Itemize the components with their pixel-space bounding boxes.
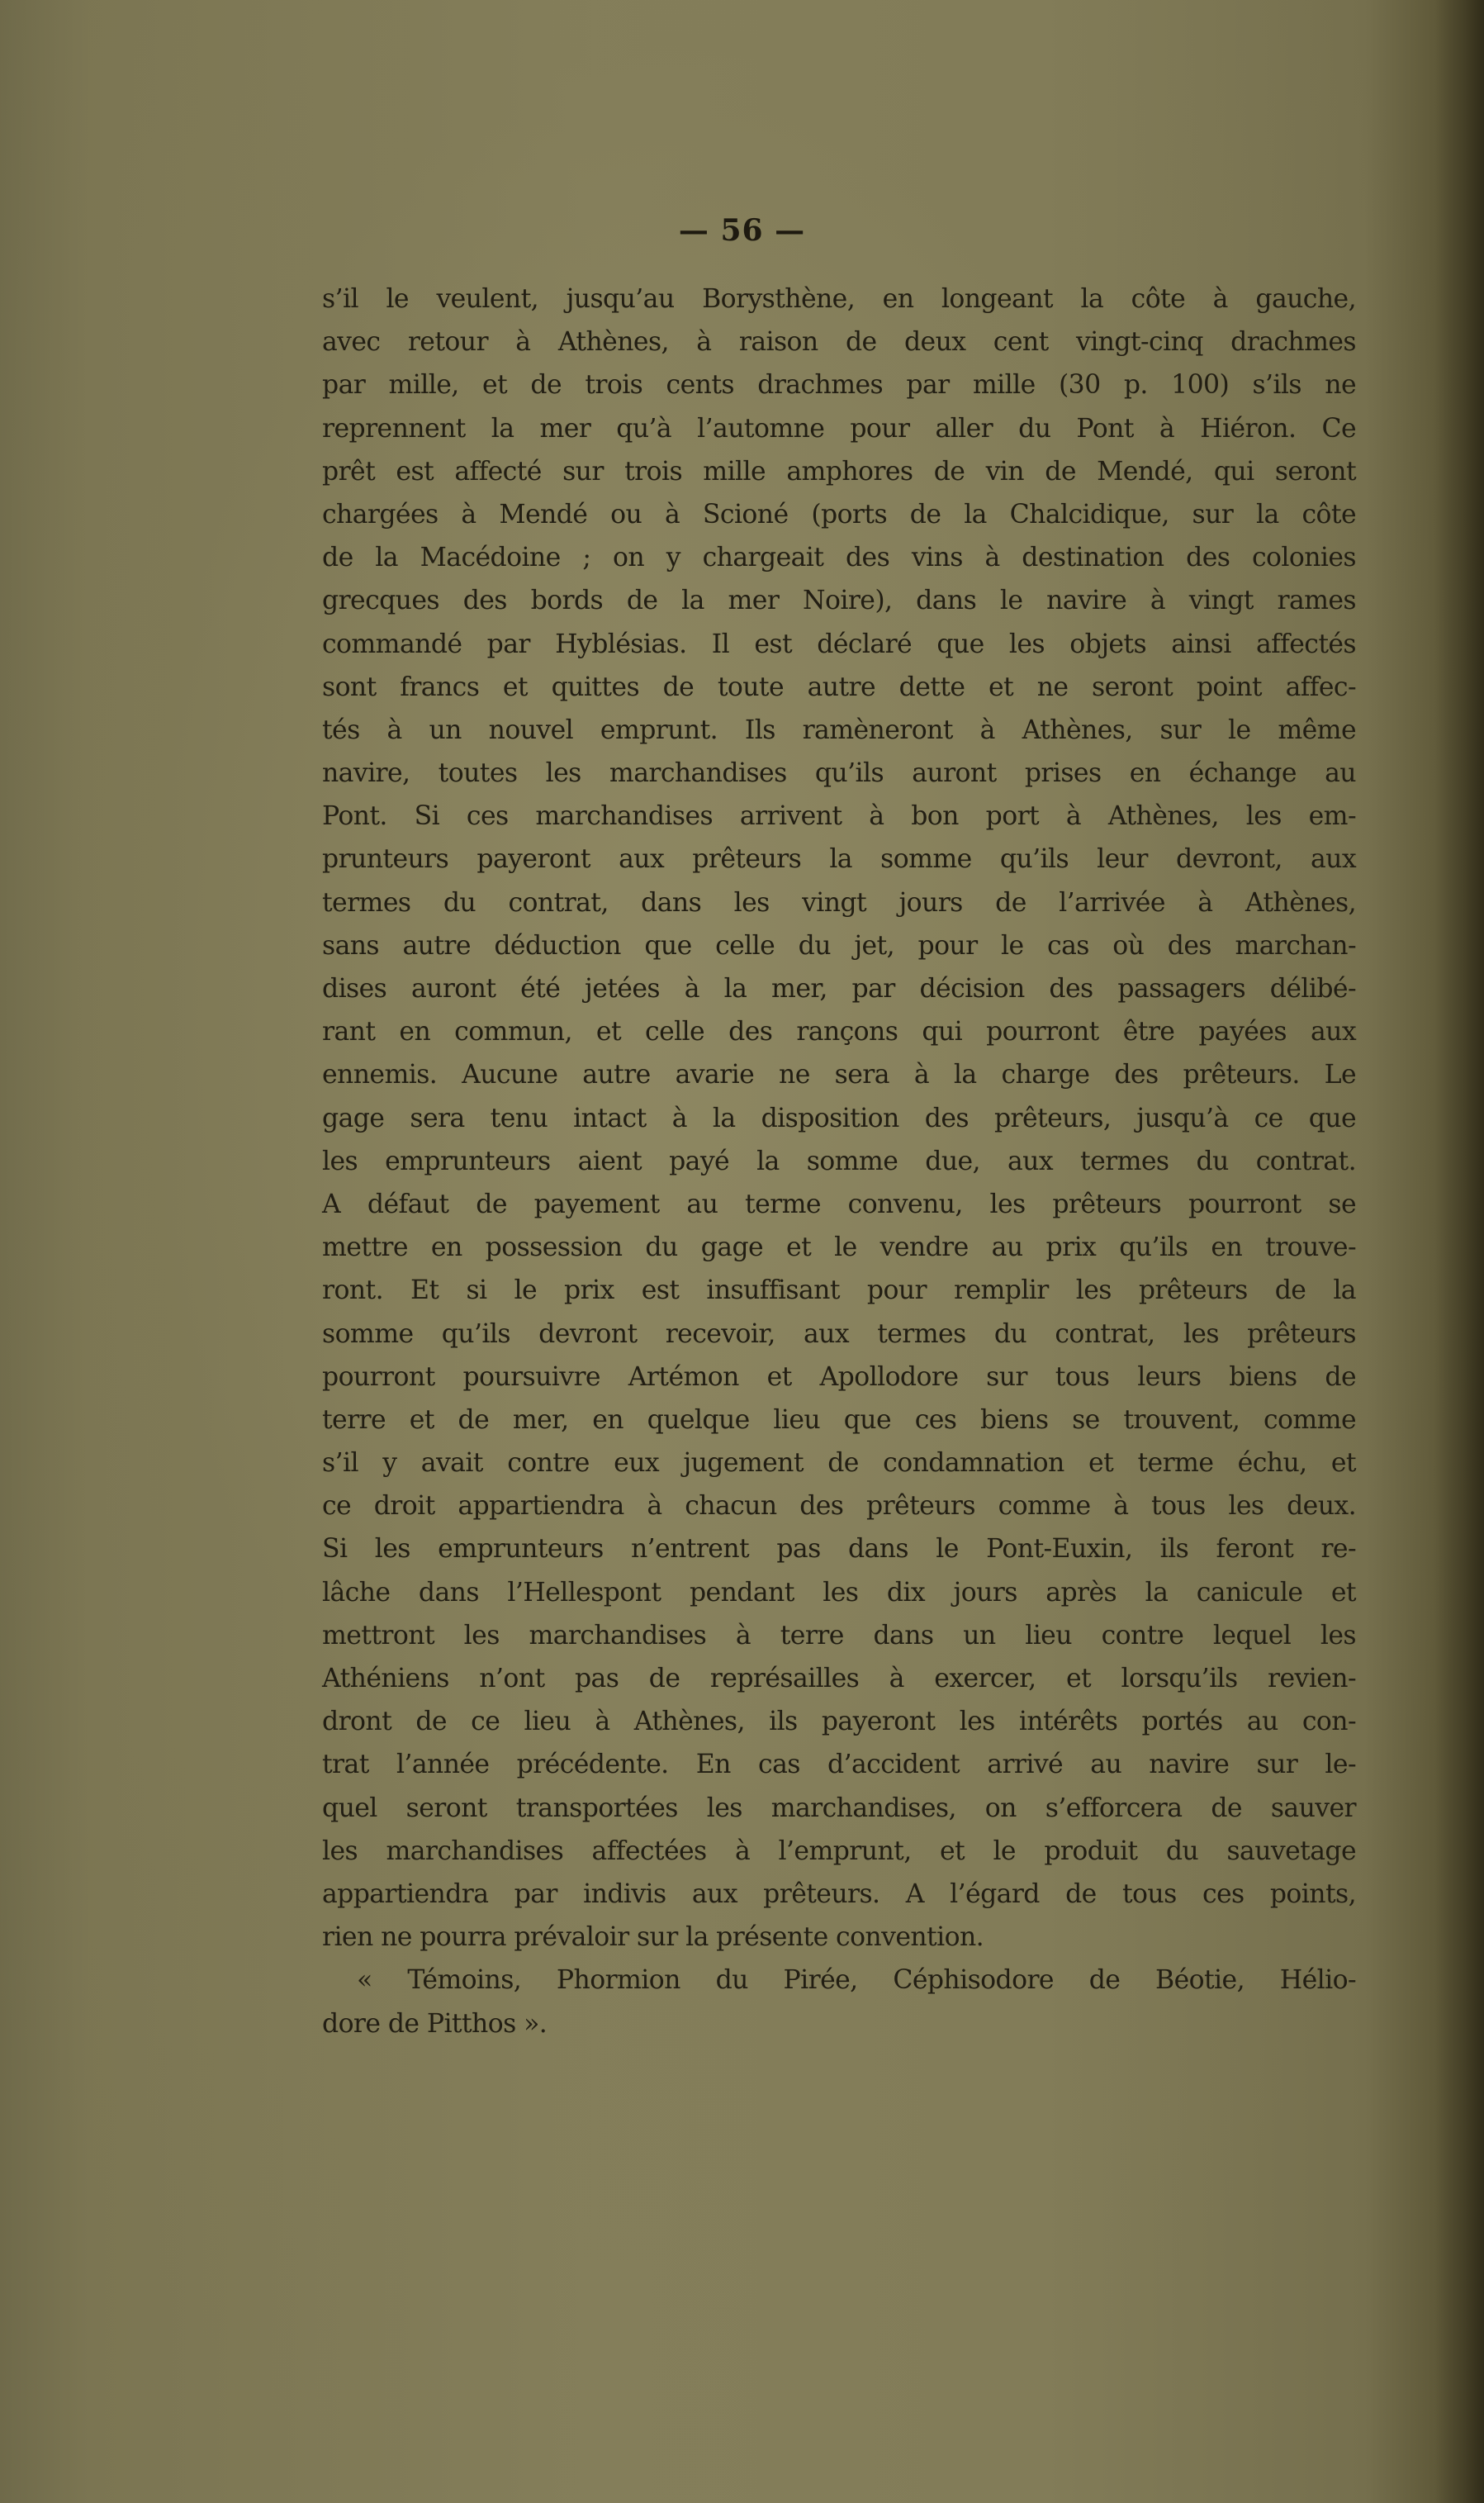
quote-line: dore de Pitthos ». [322,2002,1356,2045]
text-line: commandé par Hyblésias. Il est déclaré q… [322,623,1356,666]
text-line: dront de ce lieu à Athènes, ils payeront… [322,1700,1356,1743]
text-line: sans autre déduction que celle du jet, p… [322,924,1356,967]
text-line: lâche dans l’Hellespont pendant les dix … [322,1571,1356,1614]
text-line: les emprunteurs aient payé la somme due,… [322,1140,1356,1183]
text-line: de la Macédoine ; on y chargeait des vin… [322,536,1356,579]
text-line: grecques des bords de la mer Noire), dan… [322,579,1356,622]
text-line: quel seront transportées les marchandise… [322,1787,1356,1830]
text-line: les marchandises affectées à l’emprunt, … [322,1830,1356,1873]
text-line: ennemis. Aucune autre avarie ne sera à l… [322,1053,1356,1096]
text-line: mettre en possession du gage et le vendr… [322,1226,1356,1269]
page-edge-shadow [1434,0,1484,2503]
page-number: — 56 — [0,213,1484,248]
text-line: rant en commun, et celle des rançons qui… [322,1010,1356,1053]
text-line: mettront les marchandises à terre dans u… [322,1614,1356,1657]
text-line: pourront poursuivre Artémon et Apollodor… [322,1356,1356,1399]
text-line: appartiendra par indivis aux prêteurs. A… [322,1873,1356,1916]
text-line: avec retour à Athènes, à raison de deux … [322,321,1356,363]
body-text: s’il le veulent, jusqu’au Borysthène, en… [322,278,1356,2045]
text-line: prunteurs payeront aux prêteurs la somme… [322,838,1356,881]
text-line: rien ne pourra prévaloir sur la présente… [322,1916,1356,1959]
text-line: ce droit appartiendra à chacun des prête… [322,1484,1356,1527]
text-line: gage sera tenu intact à la disposition d… [322,1097,1356,1140]
text-line: terre et de mer, en quelque lieu que ces… [322,1399,1356,1441]
text-line: navire, toutes les marchandises qu’ils a… [322,752,1356,795]
text-line: s’il le veulent, jusqu’au Borysthène, en… [322,278,1356,321]
text-line: par mille, et de trois cents drachmes pa… [322,363,1356,406]
text-line: reprennent la mer qu’à l’automne pour al… [322,407,1356,450]
text-line: trat l’année précédente. En cas d’accide… [322,1743,1356,1786]
text-line: ront. Et si le prix est insuffisant pour… [322,1269,1356,1312]
text-line: termes du contrat, dans les vingt jours … [322,881,1356,924]
text-line: Si les emprunteurs n’entrent pas dans le… [322,1527,1356,1570]
text-line: somme qu’ils devront recevoir, aux terme… [322,1313,1356,1356]
text-line: Athéniens n’ont pas de représailles à ex… [322,1657,1356,1700]
text-line: chargées à Mendé ou à Scioné (ports de l… [322,493,1356,536]
text-line: dises auront été jetées à la mer, par dé… [322,967,1356,1010]
text-line: sont francs et quittes de toute autre de… [322,666,1356,709]
scanned-page: — 56 — s’il le veulent, jusqu’au Borysth… [0,0,1484,2503]
quote-line: « Témoins, Phormion du Pirée, Céphisodor… [322,1959,1356,2002]
text-line: prêt est affecté sur trois mille amphore… [322,450,1356,493]
text-line: Pont. Si ces marchandises arrivent à bon… [322,795,1356,838]
text-line: tés à un nouvel emprunt. Ils ramèneront … [322,709,1356,752]
text-line: A défaut de payement au terme convenu, l… [322,1183,1356,1226]
text-line: s’il y avait contre eux jugement de cond… [322,1441,1356,1484]
